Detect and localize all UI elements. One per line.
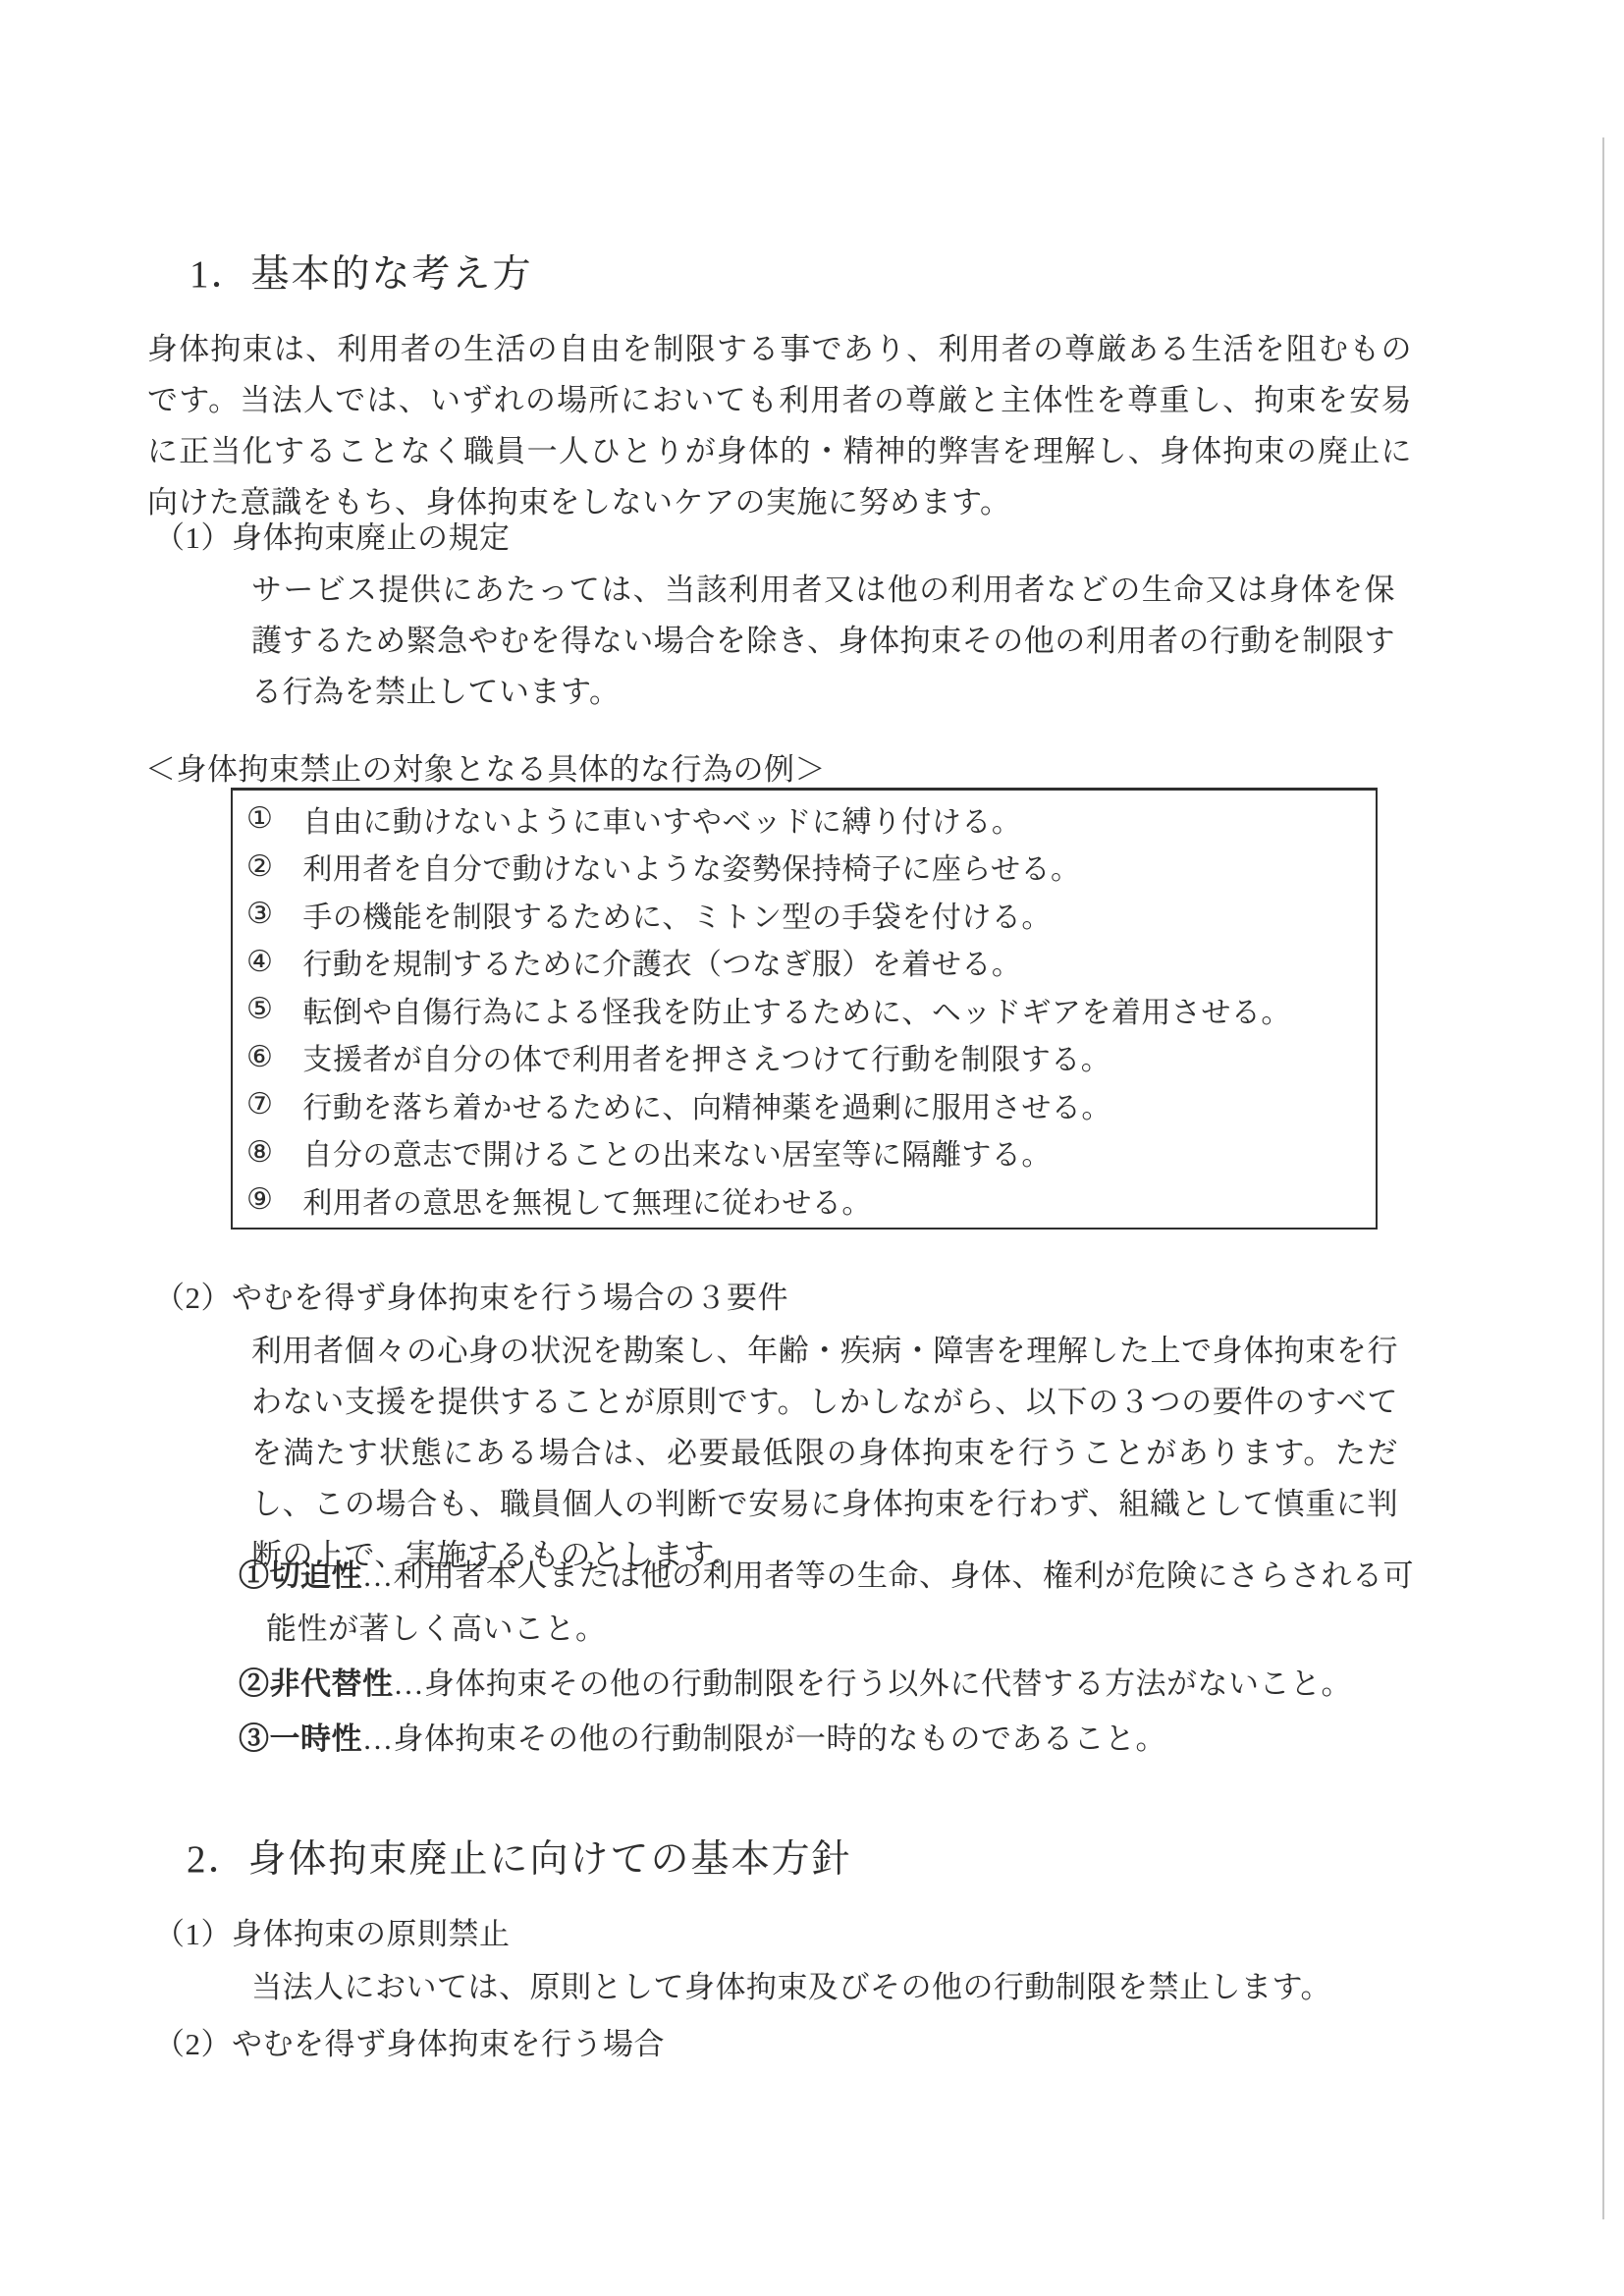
item-number: ④ [246,945,273,979]
item-text: 自由に動けないように車いすやベッドに縛り付ける。 [302,797,1021,841]
requirement-label: ①切迫性 [239,1558,362,1593]
item-text: 自分の意志で開けることの出来ない居室等に隔離する。 [302,1130,1052,1174]
item-number: ① [246,801,273,836]
prohibited-acts-heading: ＜身体拘束禁止の対象となる具体的な行為の例＞ [145,744,826,789]
list-item: ④ 行動を規制するために介護衣（つなぎ服）を着せる。 [241,940,1368,983]
section1-sub1-label: （1）身体拘束廃止の規定 [154,513,511,557]
item-text: 手の機能を制限するために、ミトン型の手袋を付ける。 [302,893,1052,936]
item-number: ⑥ [246,1040,273,1074]
list-item: ⑤ 転倒や自傷行為による怪我を防止するために、ヘッドギアを着用させる。 [241,988,1368,1031]
section2-sub2-label: （2）やむを得ず身体拘束を行う場合 [154,2019,665,2063]
requirement-temporariness: ③一時性…身体拘束その他の行動制限が一時的なものであること。 [239,1713,1435,1766]
section2-sub1-label: （1）身体拘束の原則禁止 [154,1909,511,1953]
requirement-text: …身体拘束その他の行動制限を行う以外に代替する方法がないこと。 [394,1667,1353,1701]
list-item: ⑨ 利用者の意思を無視して無理に従わせる。 [241,1178,1368,1222]
requirement-urgency: ①切迫性…利用者本人または他の利用者等の生命、身体、権利が危険にさらされる可能性… [239,1550,1435,1656]
item-number: ② [246,849,273,884]
item-number: ⑨ [246,1182,273,1217]
requirement-text: …利用者本人または他の利用者等の生命、身体、権利が危険にさらされる可能性が著しく… [266,1558,1414,1646]
requirement-text: …身体拘束その他の行動制限が一時的なものであること。 [362,1722,1166,1756]
item-text: 行動を落ち着かせるために、向精神薬を過剰に服用させる。 [302,1083,1111,1126]
list-item: ⑦ 行動を落ち着かせるために、向精神薬を過剰に服用させる。 [241,1083,1368,1126]
section1-sub1-body: サービス提供にあたっては、当該利用者又は他の利用者などの生命又は身体を保護するた… [251,565,1395,718]
section2-sub1-body: 当法人においては、原則として身体拘束及びその他の行動制限を禁止します。 [251,1962,1430,2013]
item-number: ③ [246,897,273,931]
document-page: 1．基本的な考え方 身体拘束は、利用者の生活の自由を制限する事であり、利用者の尊… [0,0,1624,2296]
section1-sub2-label: （2）やむを得ず身体拘束を行う場合の３要件 [154,1273,788,1317]
item-text: 転倒や自傷行為による怪我を防止するために、ヘッドギアを着用させる。 [302,988,1291,1031]
item-number: ⑦ [246,1087,273,1121]
requirement-label: ③一時性 [239,1722,362,1756]
list-item: ③ 手の機能を制限するために、ミトン型の手袋を付ける。 [241,893,1368,936]
section2-heading: 2．身体拘束廃止に向けての基本方針 [187,1829,852,1884]
section1-heading: 1．基本的な考え方 [189,244,533,299]
item-number: ⑤ [246,992,273,1026]
list-item: ⑧ 自分の意志で開けることの出来ない居室等に隔離する。 [241,1130,1368,1174]
item-text: 行動を規制するために介護衣（つなぎ服）を着せる。 [302,940,1021,983]
item-text: 利用者の意思を無視して無理に従わせる。 [302,1178,872,1222]
list-item: ⑥ 支援者が自分の体で利用者を押さえつけて行動を制限する。 [241,1035,1368,1078]
section1-sub2-body: 利用者個々の心身の状況を勘案し、年齢・疾病・障害を理解した上で身体拘束を行わない… [251,1326,1398,1581]
scan-artifact-line [1602,137,1604,2219]
item-text: 利用者を自分で動けないような姿勢保持椅子に座らせる。 [302,845,1080,888]
requirement-label: ②非代替性 [239,1667,394,1701]
list-item: ① 自由に動けないように車いすやベッドに縛り付ける。 [241,797,1368,841]
item-text: 支援者が自分の体で利用者を押さえつけて行動を制限する。 [302,1035,1110,1078]
prohibited-acts-list: ① 自由に動けないように車いすやベッドに縛り付ける。 ② 利用者を自分で動けない… [241,793,1368,1226]
prohibited-acts-box: ① 自由に動けないように車いすやベッドに縛り付ける。 ② 利用者を自分で動けない… [231,788,1378,1230]
item-number: ⑧ [246,1135,273,1170]
list-item: ② 利用者を自分で動けないような姿勢保持椅子に座らせる。 [241,845,1368,888]
requirement-non-substitutability: ②非代替性…身体拘束その他の行動制限を行う以外に代替する方法がないこと。 [239,1658,1435,1711]
section1-intro-paragraph: 身体拘束は、利用者の生活の自由を制限する事であり、利用者の尊厳ある生活を阻むもの… [147,324,1412,528]
